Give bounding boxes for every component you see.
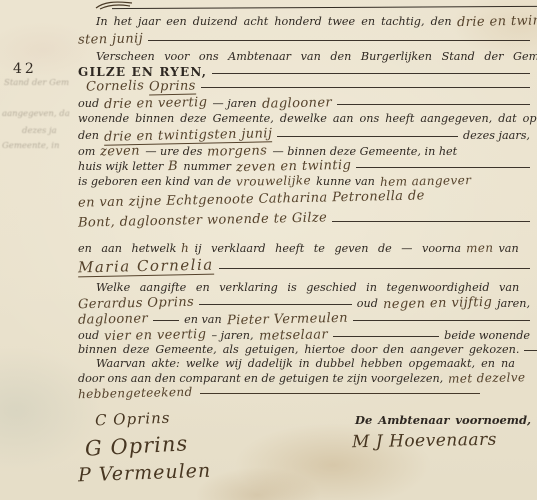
line-mother-occupation-residence: Bont, dagloonster wonende te Gilze bbox=[78, 213, 530, 228]
line-witness-intro: Welke aangifte en verklaring is geschied… bbox=[78, 281, 530, 294]
printed-text: kunne van bbox=[316, 175, 375, 188]
handwritten-text: sten junij bbox=[78, 31, 143, 47]
bleedthrough-text: dezes ja bbox=[22, 126, 57, 136]
handwritten-text: daglooner bbox=[261, 95, 331, 111]
act-number: 42 bbox=[13, 61, 37, 77]
line-declarant-name: Cornelis Oprins bbox=[78, 79, 530, 95]
blank-rule bbox=[153, 320, 179, 321]
official-signature: M J Hoevenaars bbox=[352, 430, 497, 453]
child-name: Maria Cornelia bbox=[78, 256, 214, 278]
line-witness2-age-occupation: oud vier en veertig – jaren, metselaar b… bbox=[78, 328, 530, 343]
official-title-label: De Ambtenaar voornoemd, bbox=[355, 413, 531, 427]
printed-text: — binnen deze Gemeente, in het bbox=[273, 145, 458, 158]
printed-text: jaren, bbox=[497, 297, 530, 310]
line-deed-closing-1: Waarvan akte: welke wij dadelijk in dubb… bbox=[78, 357, 530, 370]
handwritten-text: daglooner bbox=[78, 311, 148, 327]
line-witness1: Gerardus Oprins oud negen en vijftig jar… bbox=[78, 296, 530, 311]
line-name-giving: en aan hetwelk h ij verklaard heeft te g… bbox=[78, 241, 530, 255]
printed-text: is geboren een kind van de bbox=[78, 175, 231, 188]
printed-text: nummer bbox=[183, 160, 231, 173]
line-child-gender: is geboren een kind van de vrouwelijke k… bbox=[78, 174, 530, 188]
line-appeared-before: Verscheen voor ons Ambtenaar van den Bur… bbox=[78, 50, 530, 63]
printed-text: om bbox=[78, 145, 95, 158]
printed-text: Verscheen voor ons Ambtenaar van den Bur… bbox=[96, 50, 537, 63]
handwritten-text: Gerardus Oprins bbox=[78, 295, 194, 312]
handwritten-text: met dezelve bbox=[448, 370, 526, 386]
line-house-address: huis wijk letter B nummer zeven en twint… bbox=[78, 159, 530, 174]
witness1-signature: C Oprins bbox=[95, 409, 171, 430]
printed-text: binnen deze Gemeente, als getuigen, hier… bbox=[78, 343, 519, 356]
municipality-name: GILZE EN RYEN, bbox=[78, 65, 207, 79]
blank-rule bbox=[148, 40, 530, 41]
handwritten-text: hebbengeteekend bbox=[78, 385, 193, 401]
line-witnesses-residence: binnen deze Gemeente, als getuigen, hier… bbox=[78, 343, 530, 356]
blank-rule bbox=[332, 221, 530, 222]
handwritten-text: B bbox=[168, 159, 178, 174]
printed-text: oud bbox=[78, 97, 99, 110]
handwritten-text: men bbox=[466, 241, 494, 256]
printed-text: dezes jaars, bbox=[463, 129, 530, 142]
printed-text: ij verklaard heeft te geven de — voorna bbox=[195, 242, 462, 255]
blank-rule bbox=[524, 350, 537, 351]
printed-text: door ons aan den comparant en de getuige… bbox=[78, 372, 443, 385]
line-birth-date: den drie en twintigsten junij dezes jaar… bbox=[78, 128, 530, 144]
handwritten-text: morgens bbox=[207, 143, 268, 159]
line-deed-closing-2: door ons aan den comparant en de getuige… bbox=[78, 371, 530, 385]
printed-text: Welke aangifte en verklaring is geschied… bbox=[96, 281, 519, 294]
line-birth-time: om zeven — ure des morgens — binnen deze… bbox=[78, 144, 530, 159]
handwritten-text: hem aangever bbox=[380, 173, 472, 189]
handwritten-text: drie en veertig bbox=[104, 95, 208, 112]
bleedthrough-text: Stand der Gem bbox=[4, 78, 69, 88]
handwritten-text: h bbox=[181, 241, 189, 255]
printed-text: wonende binnen deze Gemeente, dewelke aa… bbox=[78, 112, 537, 125]
handwritten-text: negen en vijftig bbox=[383, 295, 493, 312]
top-rule bbox=[112, 6, 537, 9]
handwritten-text: en van zijne Echtgenoote Catharina Petro… bbox=[78, 188, 425, 210]
line-municipality: GILZE EN RYEN, bbox=[78, 65, 530, 79]
handwritten-text: Cornelis bbox=[86, 78, 145, 94]
printed-text: oud bbox=[78, 329, 99, 342]
printed-text: Waarvan akte: welke wij dadelijk in dubb… bbox=[96, 357, 515, 370]
handwritten-text: vier en veertig bbox=[104, 327, 207, 344]
printed-text: huis wijk letter bbox=[78, 160, 163, 173]
scanned-birth-certificate: 42 Stand der Gem aangegeven, da dezes ja… bbox=[0, 0, 537, 500]
witness2-signature: G Oprins bbox=[84, 431, 188, 460]
blank-rule bbox=[277, 136, 458, 137]
printed-text: — ure des bbox=[145, 145, 202, 158]
printed-text: oud bbox=[357, 297, 378, 310]
line-mother-name: en van zijne Echtgenoote Catharina Petro… bbox=[78, 192, 530, 207]
blank-rule bbox=[337, 104, 530, 105]
printed-text: en aan hetwelk bbox=[78, 242, 176, 255]
line-month: sten junij bbox=[78, 32, 530, 47]
line-child-name: Maria Cornelia bbox=[78, 257, 530, 276]
handwritten-text: Bont, dagloonster wonende te Gilze bbox=[78, 210, 327, 230]
blank-rule bbox=[199, 304, 352, 305]
line-witness1-occupation-witness2: daglooner en van Pieter Vermeulen bbox=[78, 312, 530, 327]
printed-text: — jaren bbox=[212, 97, 256, 110]
line-declarant-age-occupation: oud drie en veertig — jaren daglooner bbox=[78, 96, 530, 111]
line-year-date: In het jaar een duizend acht honderd twe… bbox=[78, 14, 530, 29]
handwritten-text: metselaar bbox=[258, 327, 327, 343]
signature-area-rule bbox=[200, 393, 480, 394]
printed-text: – jaren, bbox=[212, 329, 254, 342]
printed-text: van bbox=[498, 242, 518, 255]
bleedthrough-text: Gemeente, in bbox=[2, 141, 59, 151]
bleedthrough-text: aangegeven, da bbox=[2, 109, 70, 119]
handwritten-text: Pieter Vermeulen bbox=[227, 311, 348, 329]
blank-rule bbox=[201, 87, 530, 88]
blank-rule bbox=[219, 268, 530, 269]
handwritten-text: Oprins bbox=[149, 79, 196, 96]
printed-text: In het jaar een duizend acht honderd twe… bbox=[96, 15, 452, 28]
blank-rule bbox=[356, 167, 530, 168]
handwritten-text: vrouwelijke bbox=[236, 173, 311, 189]
blank-rule bbox=[353, 320, 530, 321]
printed-text: en van bbox=[184, 313, 222, 326]
blank-rule bbox=[333, 336, 440, 337]
printed-text: den bbox=[78, 129, 99, 142]
blank-rule bbox=[212, 73, 530, 74]
witness3-signature: P Vermeulen bbox=[78, 460, 212, 487]
handwritten-text: zeven bbox=[100, 144, 140, 160]
line-residence-statement: wonende binnen deze Gemeente, dewelke aa… bbox=[78, 112, 530, 125]
printed-text: beide wonende bbox=[444, 329, 530, 342]
handwritten-text: drie en twintig- bbox=[456, 13, 537, 30]
